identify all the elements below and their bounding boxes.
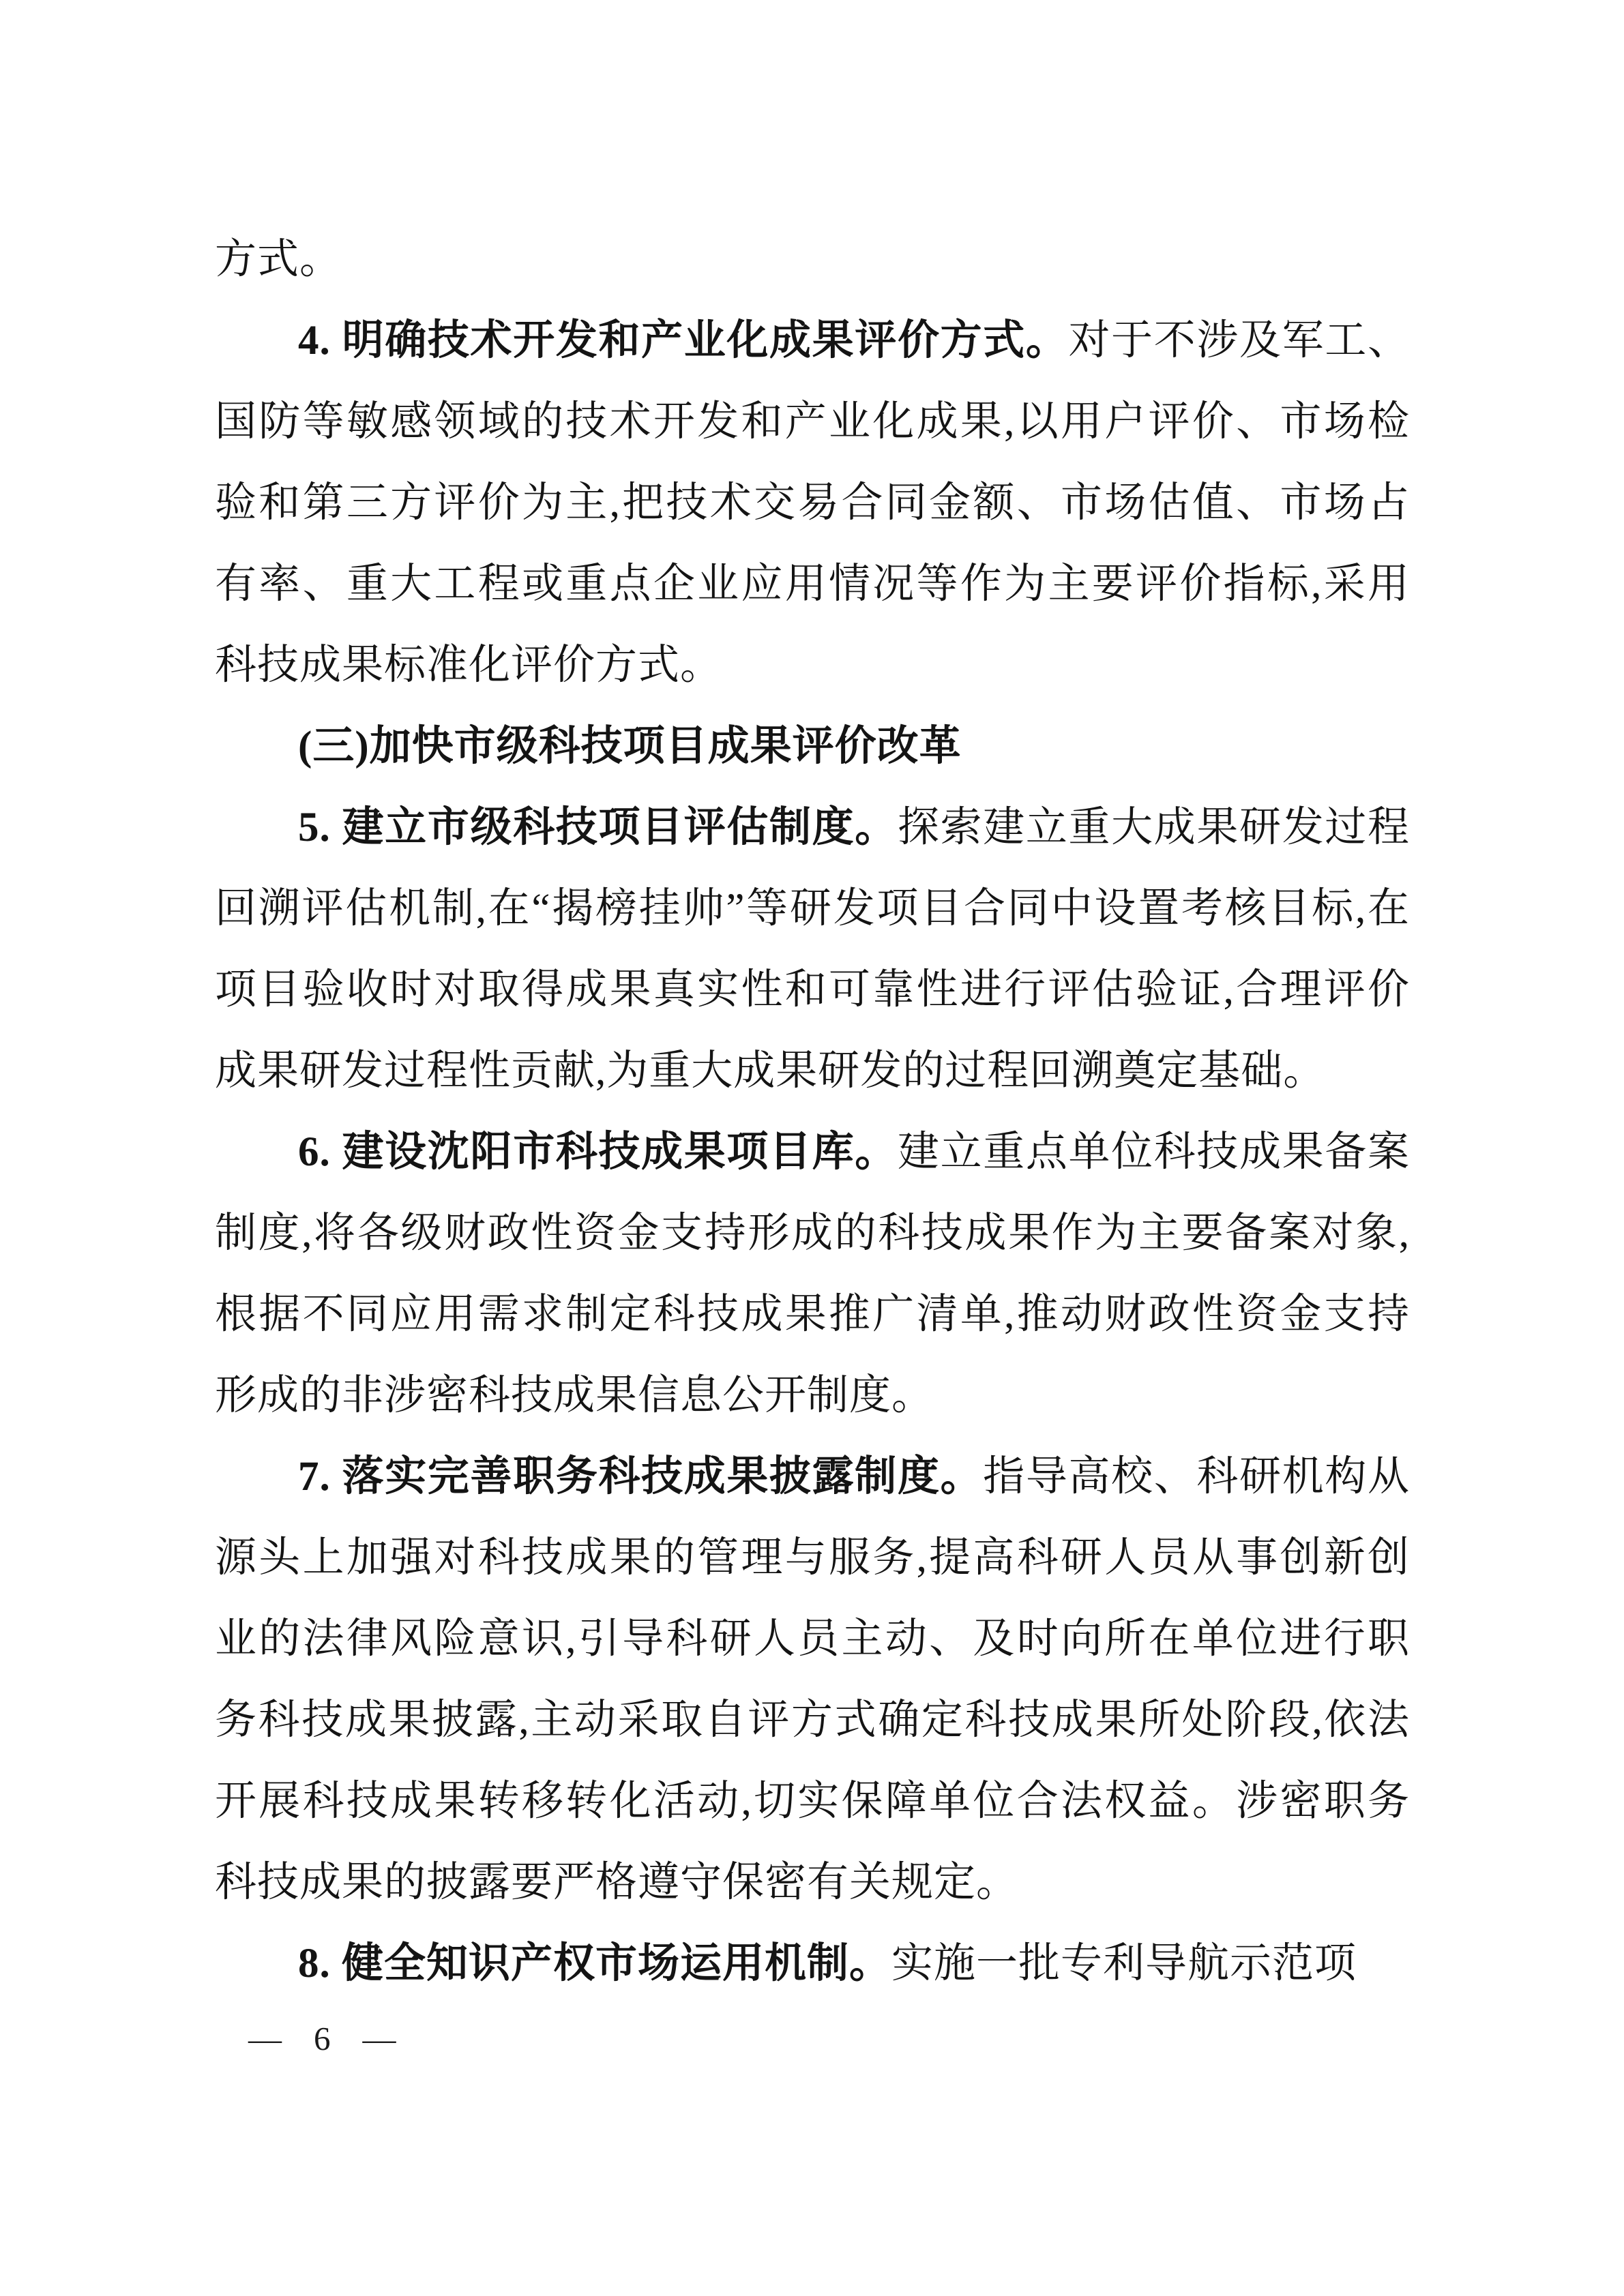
footer-left-dash: — [248,2020,282,2058]
paragraph-text-run: 对于不涉及军工、国防等敏感领域的技术开发和产业化成果,以用户评价、市场检验和第三… [215,318,1410,688]
paragraph-heading-run: 7. 落实完善职务科技成果披露制度。 [298,1454,983,1500]
paragraph: (三)加快市级科技项目成果评价改革 [215,706,1410,787]
paragraph-text-run: 指导高校、科研机构从源头上加强对科技成果的管理与服务,提高科研人员从事创新创业的… [215,1454,1410,1905]
footer-right-dash: — [363,2020,396,2058]
paragraph-heading-run: 4. 明确技术开发和产业化成果评价方式。 [298,318,1069,363]
paragraph: 4. 明确技术开发和产业化成果评价方式。对于不涉及军工、国防等敏感领域的技术开发… [215,300,1410,706]
page-number: 6 [314,2020,331,2058]
paragraph: 方式。 [215,219,1410,300]
paragraph: 8. 健全知识产权市场运用机制。实施一批专利导航示范项 [215,1923,1410,2004]
document-body: 方式。4. 明确技术开发和产业化成果评价方式。对于不涉及军工、国防等敏感领域的技… [215,219,1410,2004]
paragraph-heading-run: 8. 健全知识产权市场运用机制。 [298,1941,891,1986]
paragraph-heading-run: (三)加快市级科技项目成果评价改革 [298,724,962,769]
page-footer: — 6 — [248,2020,396,2058]
paragraph: 5. 建立市级科技项目评估制度。探索建立重大成果研发过程回溯评估机制,在“揭榜挂… [215,787,1410,1112]
paragraph-heading-run: 5. 建立市级科技项目评估制度。 [298,805,898,850]
paragraph-heading-run: 6. 建设沈阳市科技成果项目库。 [298,1129,898,1175]
paragraph-text-run: 方式。 [215,237,342,282]
document-page: 方式。4. 明确技术开发和产业化成果评价方式。对于不涉及军工、国防等敏感领域的技… [0,0,1624,2296]
paragraph-text-run: 实施一批专利导航示范项 [891,1941,1357,1986]
paragraph: 6. 建设沈阳市科技成果项目库。建立重点单位科技成果备案制度,将各级财政性资金支… [215,1112,1410,1436]
paragraph: 7. 落实完善职务科技成果披露制度。指导高校、科研机构从源头上加强对科技成果的管… [215,1436,1410,1923]
